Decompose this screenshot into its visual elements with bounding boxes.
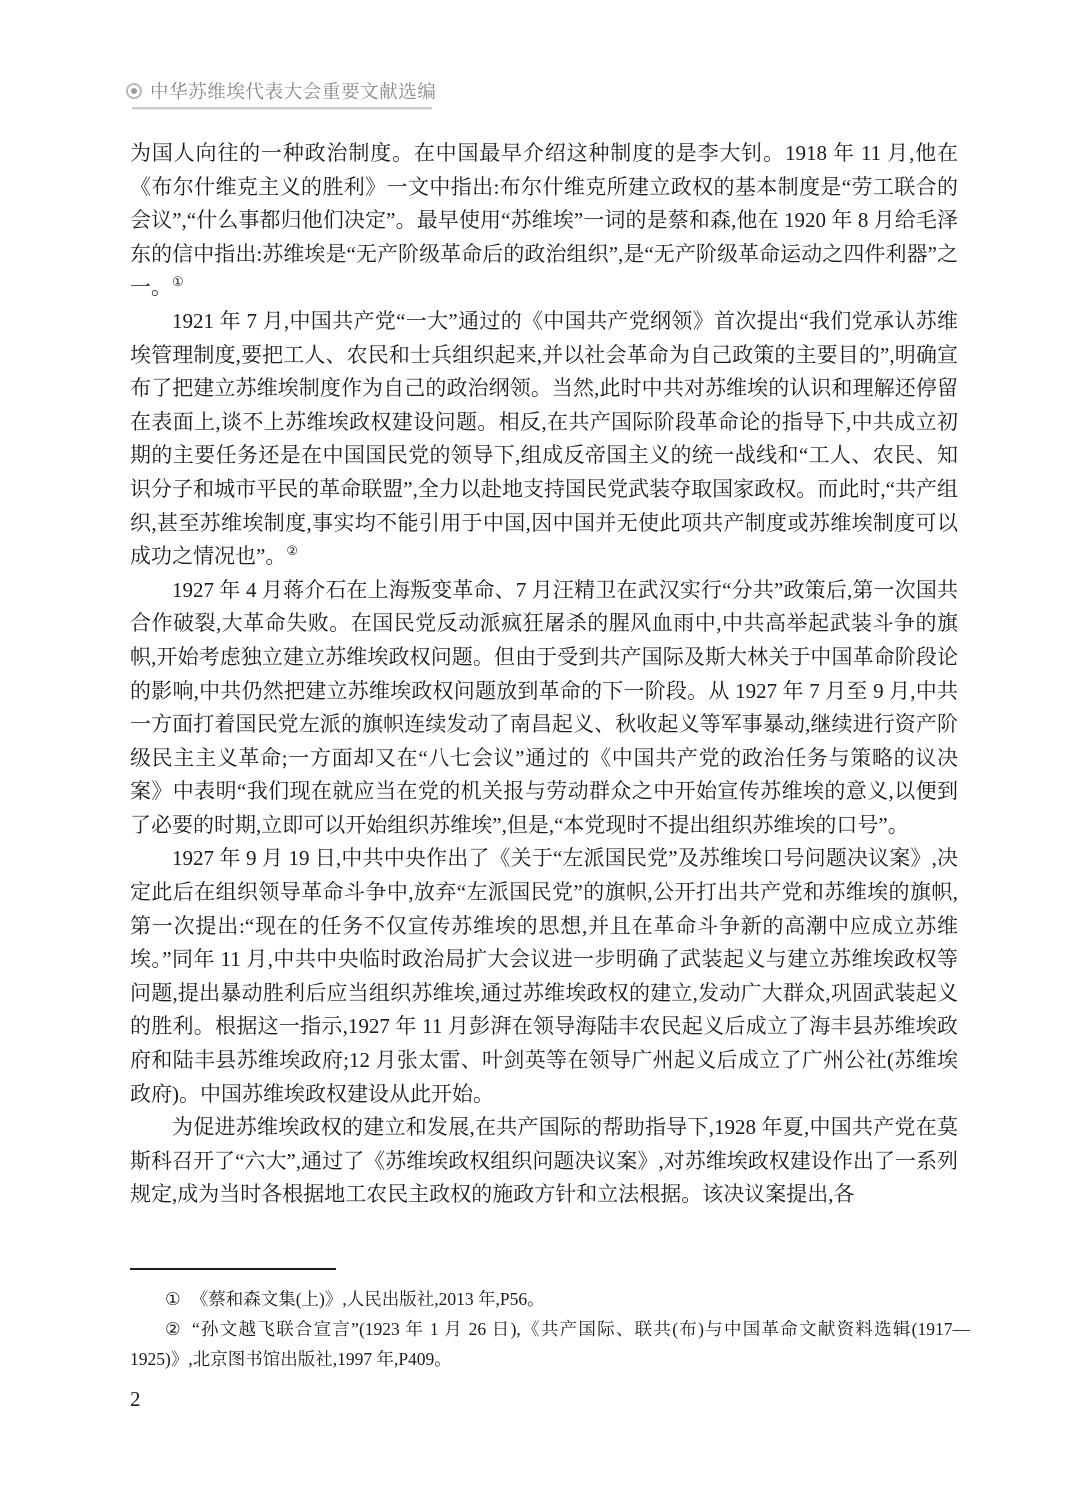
running-header-title: 中华苏维埃代表大会重要文献选编 xyxy=(150,78,437,104)
book-page: 中华苏维埃代表大会重要文献选编 为国人向往的一种政治制度。在中国最早介绍这种制度… xyxy=(0,0,1083,1508)
paragraph: 1921 年 7 月,中国共产党“一大”通过的《中国共产党纲领》首次提出“我们党… xyxy=(130,305,958,574)
footnote-item: ①《蔡和森文集(上)》,人民出版社,2013 年,P56。 xyxy=(130,1284,970,1314)
footnote-item: ②“孙文越飞联合宣言”(1923 年 1 月 26 日),《共产国际、联共(布)… xyxy=(130,1314,970,1374)
ring-bullet-icon xyxy=(126,83,142,99)
paragraph: 1927 年 4 月蒋介石在上海叛变革命、7 月汪精卫在武汉实行“分共”政策后,… xyxy=(130,574,958,843)
footnote-text: “孙文越飞联合宣言”(1923 年 1 月 26 日),《共产国际、联共(布)与… xyxy=(130,1319,970,1369)
paragraph-text: 1921 年 7 月,中国共产党“一大”通过的《中国共产党纲领》首次提出“我们党… xyxy=(130,309,958,568)
footnote-ref-1: ① xyxy=(172,274,184,289)
paragraph-text: 1927 年 9 月 19 日,中共中央作出了《关于“左派国民党”及苏维埃口号问… xyxy=(130,846,958,1105)
header-underline xyxy=(132,107,432,109)
paragraph: 为国人向往的一种政治制度。在中国最早介绍这种制度的是李大钊。1918 年 11 … xyxy=(130,137,958,305)
paragraph-text: 为国人向往的一种政治制度。在中国最早介绍这种制度的是李大钊。1918 年 11 … xyxy=(130,141,958,299)
footnote-ref-2: ② xyxy=(286,543,298,558)
paragraph-text: 为促进苏维埃政权的建立和发展,在共产国际的帮助指导下,1928 年夏,中国共产党… xyxy=(130,1115,958,1206)
paragraph-text: 1927 年 4 月蒋介石在上海叛变革命、7 月汪精卫在武汉实行“分共”政策后,… xyxy=(130,578,958,837)
footnotes-section: ①《蔡和森文集(上)》,人民出版社,2013 年,P56。 ②“孙文越飞联合宣言… xyxy=(130,1268,970,1374)
body-text: 为国人向往的一种政治制度。在中国最早介绍这种制度的是李大钊。1918 年 11 … xyxy=(130,137,958,1212)
paragraph: 1927 年 9 月 19 日,中共中央作出了《关于“左派国民党”及苏维埃口号问… xyxy=(130,842,958,1111)
running-header: 中华苏维埃代表大会重要文献选编 xyxy=(126,78,446,109)
footnote-marker: ① xyxy=(165,1289,181,1309)
footnote-separator xyxy=(130,1268,336,1270)
page-number: 2 xyxy=(130,1387,141,1412)
paragraph: 为促进苏维埃政权的建立和发展,在共产国际的帮助指导下,1928 年夏,中国共产党… xyxy=(130,1111,958,1212)
footnote-marker: ② xyxy=(165,1319,182,1339)
footnote-text: 《蔡和森文集(上)》,人民出版社,2013 年,P56。 xyxy=(191,1289,545,1309)
